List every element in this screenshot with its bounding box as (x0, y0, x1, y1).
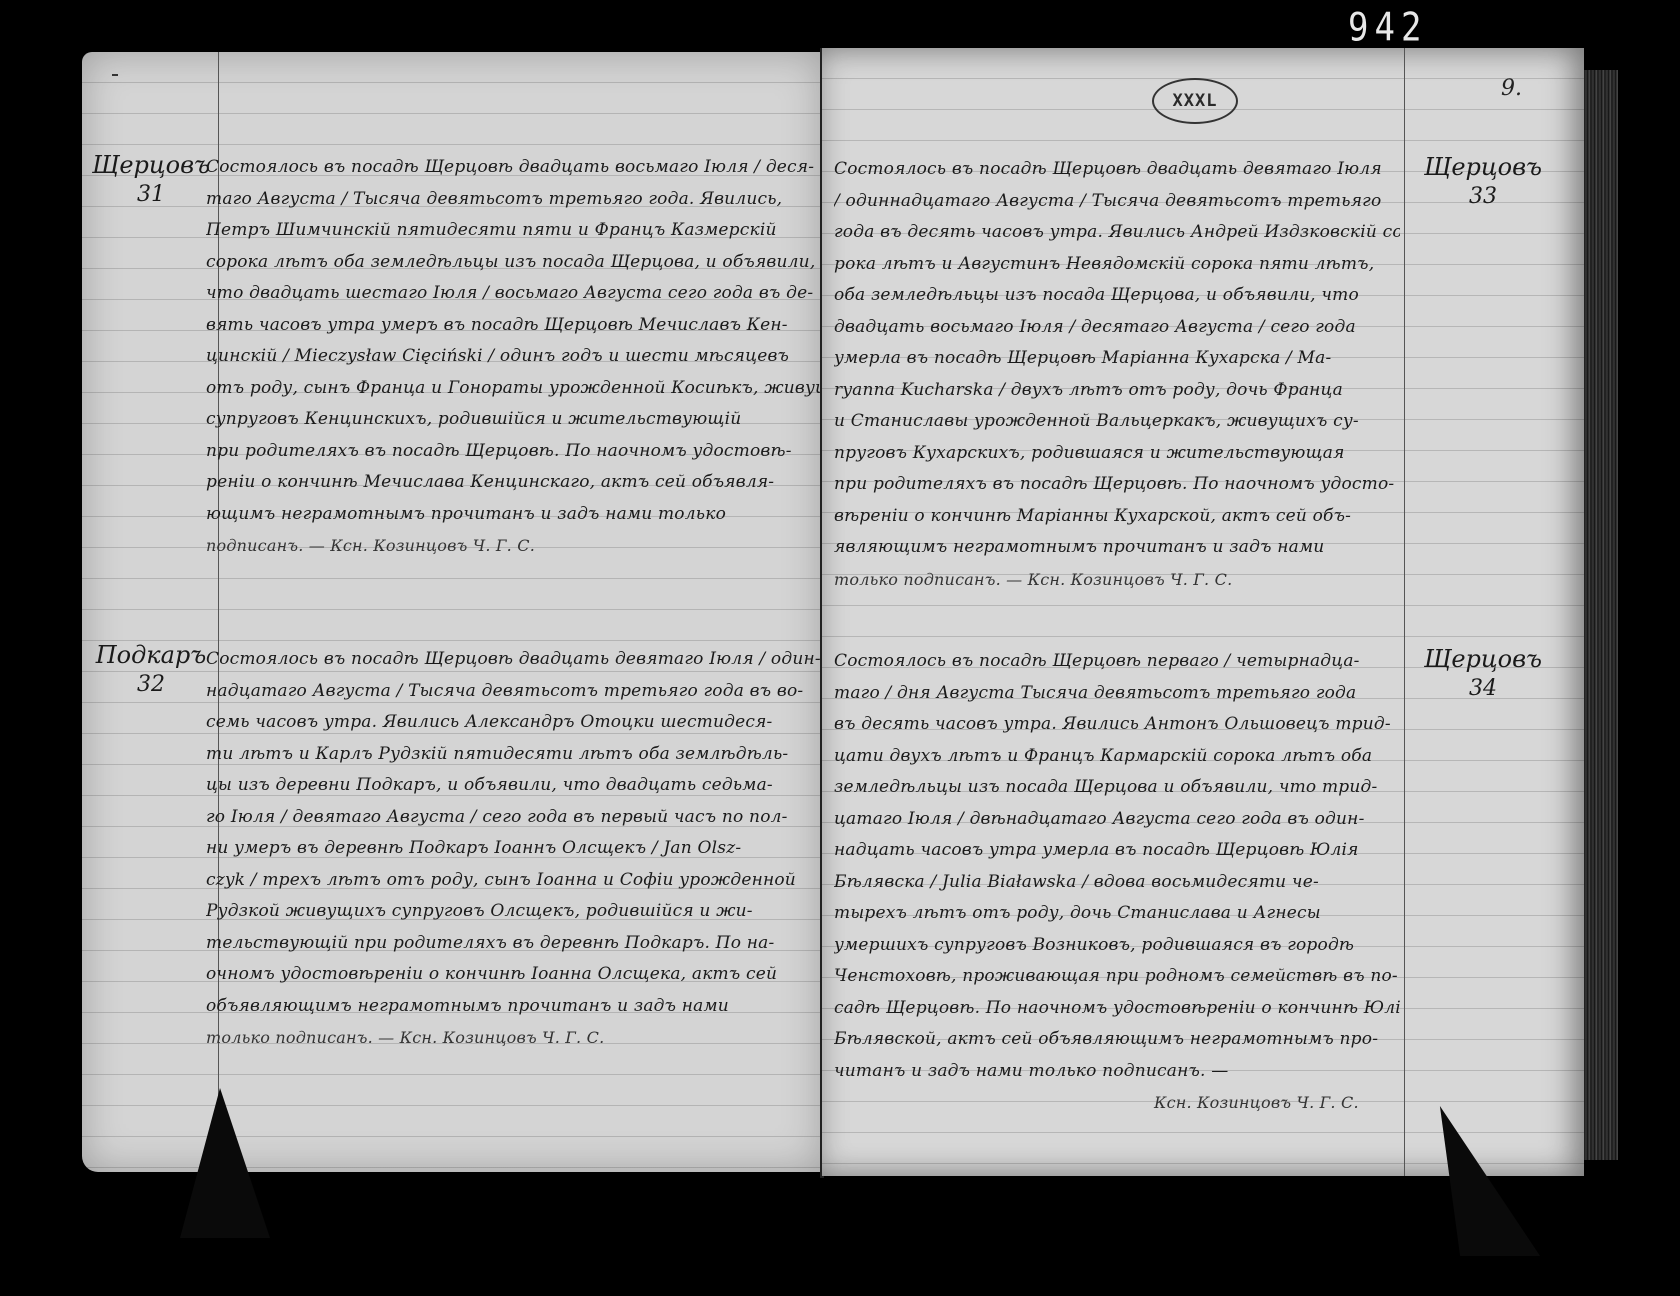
entry-33-margin: Щерцовъ 33 (1408, 152, 1558, 212)
record-line: Ченстоховѣ, проживающая при родномъ семе… (834, 961, 1400, 993)
record-line: цати двухъ лѣтъ и Францъ Кармарскій соро… (834, 741, 1400, 773)
margin-place: Щерцовъ (1424, 645, 1542, 673)
record-signature: Ксн. Козинцовъ Ч. Г. С. (834, 1087, 1400, 1119)
record-line: ти лѣтъ и Карлъ Рудзкій пятидесяти лѣтъ … (206, 739, 822, 771)
record-line: вять часовъ утра умеръ въ посадѣ Щерцовѣ… (206, 310, 822, 342)
record-line: семь часовъ утра. Явились Александръ Ото… (206, 707, 822, 739)
record-line: надцатаго Августа / Тысяча девятьсотъ тр… (206, 676, 822, 708)
death-record-31: Состоялось въ посадѣ Щерцовѣ двадцать во… (206, 152, 822, 562)
record-line: садѣ Щерцовѣ. По наочномъ удостовѣреніи … (834, 993, 1400, 1025)
record-line: Состоялось въ посадѣ Щерцовѣ двадцать де… (206, 644, 822, 676)
record-line: тырехъ лѣтъ отъ роду, дочь Станислава и … (834, 898, 1400, 930)
record-line: при родителяхъ въ посадѣ Щерцовѣ. По нао… (206, 436, 822, 468)
book-clamp-left (180, 1088, 270, 1238)
record-line: и Станиславы урожденной Вальцеркакъ, жив… (834, 406, 1400, 438)
book-page-edges (1584, 70, 1618, 1160)
record-line: Состоялось въ посадѣ Щерцовѣ двадцать де… (834, 154, 1400, 186)
record-line: таго Августа / Тысяча девятьсотъ третьяг… (206, 184, 822, 216)
record-signature: только подписанъ. — Ксн. Козинцовъ Ч. Г.… (206, 1022, 822, 1054)
record-line: рока лѣтъ и Августинъ Невядомскій сорока… (834, 249, 1400, 281)
record-line: таго / дня Августа Тысяча девятьсотъ тре… (834, 678, 1400, 710)
record-signature: подписанъ. — Ксн. Козинцовъ Ч. Г. С. (206, 530, 822, 562)
record-line: надцать часовъ утра умерла въ посадѣ Щер… (834, 835, 1400, 867)
ink-mark (112, 74, 118, 76)
record-line: умерла въ посадѣ Щерцовѣ Маріанна Кухарс… (834, 343, 1400, 375)
record-line: двадцать восьмаго Іюля / десятаго Август… (834, 312, 1400, 344)
record-line: реніи о кончинѣ Мечислава Кенцинскаго, а… (206, 467, 822, 499)
record-line: Состоялось въ посадѣ Щерцовѣ перваго / ч… (834, 646, 1400, 678)
record-line: цинскій / Mieczysław Cięciński / одинъ г… (206, 341, 822, 373)
margin-place: Подкаръ (96, 641, 207, 669)
archive-stamp: XXXL (1152, 78, 1238, 124)
record-line: оба земледѣльцы изъ посада Щерцова, и об… (834, 280, 1400, 312)
record-line: Бѣлявской, актъ сей объявляющимъ неграмо… (834, 1024, 1400, 1056)
record-line: читанъ и задъ нами только подписанъ. — (834, 1056, 1400, 1088)
record-line: Петръ Шимчинскій пятидесяти пяти и Франц… (206, 215, 822, 247)
entry-number: 31 (88, 180, 214, 210)
record-signature: только подписанъ. — Ксн. Козинцовъ Ч. Г.… (834, 564, 1400, 596)
record-line: Состоялось въ посадѣ Щерцовѣ двадцать во… (206, 152, 822, 184)
death-record-33: Состоялось въ посадѣ Щерцовѣ двадцать де… (834, 154, 1400, 595)
record-line: / одиннадцатаго Августа / Тысяча девятьс… (834, 186, 1400, 218)
record-line: вѣреніи о кончинѣ Маріанны Кухарской, ак… (834, 501, 1400, 533)
left-page: Щерцовъ 31 Состоялось въ посадѣ Щерцовѣ … (82, 52, 822, 1172)
death-record-32: Состоялось въ посадѣ Щерцовѣ двадцать де… (206, 644, 822, 1054)
record-line: Бѣлявска / Julia Białawska / вдова восьм… (834, 867, 1400, 899)
record-line: при родителяхъ въ посадѣ Щерцовѣ. По нао… (834, 469, 1400, 501)
record-line: ryanna Kucharska / двухъ лѣтъ отъ роду, … (834, 375, 1400, 407)
record-line: очномъ удостовѣреніи о кончинѣ Іоанна Ол… (206, 959, 822, 991)
record-line: цатаго Іюля / двѣнадцатаго Августа сего … (834, 804, 1400, 836)
record-line: ни умеръ въ деревнѣ Подкаръ Іоаннъ Олсще… (206, 833, 822, 865)
record-line: года въ десять часовъ утра. Явились Андр… (834, 217, 1400, 249)
record-line: въ десять часовъ утра. Явились Антонъ Ол… (834, 709, 1400, 741)
right-page: XXXL 9. Состоялось въ посадѣ Щерцовѣ два… (822, 48, 1584, 1176)
record-line: czyk / трехъ лѣтъ отъ роду, сынъ Іоанна … (206, 865, 822, 897)
record-line: супруговъ Кенцинскихъ, родившійся и жите… (206, 404, 822, 436)
record-line: сорока лѣтъ оба земледѣльцы изъ посада Щ… (206, 247, 822, 279)
record-line: умершихъ супруговъ Возниковъ, родившаяся… (834, 930, 1400, 962)
record-line: пруговъ Кухарскихъ, родившаяся и жительс… (834, 438, 1400, 470)
death-record-34: Состоялось въ посадѣ Щерцовѣ перваго / ч… (834, 646, 1400, 1119)
margin-place: Щерцовъ (1424, 153, 1542, 181)
frame-number: 942 (1348, 5, 1427, 51)
entry-34-margin: Щерцовъ 34 (1408, 644, 1558, 704)
record-line: являющимъ неграмотнымъ прочитанъ и задъ … (834, 532, 1400, 564)
entry-number: 32 (88, 670, 214, 700)
record-line: отъ роду, сынъ Франца и Гонораты урожден… (206, 373, 822, 405)
page-number: 9. (1501, 76, 1522, 101)
record-line: что двадцать шестаго Іюля / восьмаго Авг… (206, 278, 822, 310)
entry-number: 34 (1408, 674, 1558, 704)
margin-column-rule (1404, 48, 1405, 1176)
record-line: Рудзкой живущихъ супруговъ Олсщекъ, роди… (206, 896, 822, 928)
entry-number: 33 (1408, 182, 1558, 212)
record-line: цы изъ деревни Подкаръ, и объявили, что … (206, 770, 822, 802)
record-line: тельствующій при родителяхъ въ деревнѣ П… (206, 928, 822, 960)
record-line: объявляющимъ неграмотнымъ прочитанъ и за… (206, 991, 822, 1023)
entry-31-margin: Щерцовъ 31 (88, 150, 214, 210)
record-line: ющимъ неграмотнымъ прочитанъ и задъ нами… (206, 499, 822, 531)
record-line: земледѣльцы изъ посада Щерцова и объявил… (834, 772, 1400, 804)
margin-place: Щерцовъ (92, 151, 210, 179)
entry-32-margin: Подкаръ 32 (88, 640, 214, 700)
record-line: го Іюля / девятаго Августа / сего года в… (206, 802, 822, 834)
